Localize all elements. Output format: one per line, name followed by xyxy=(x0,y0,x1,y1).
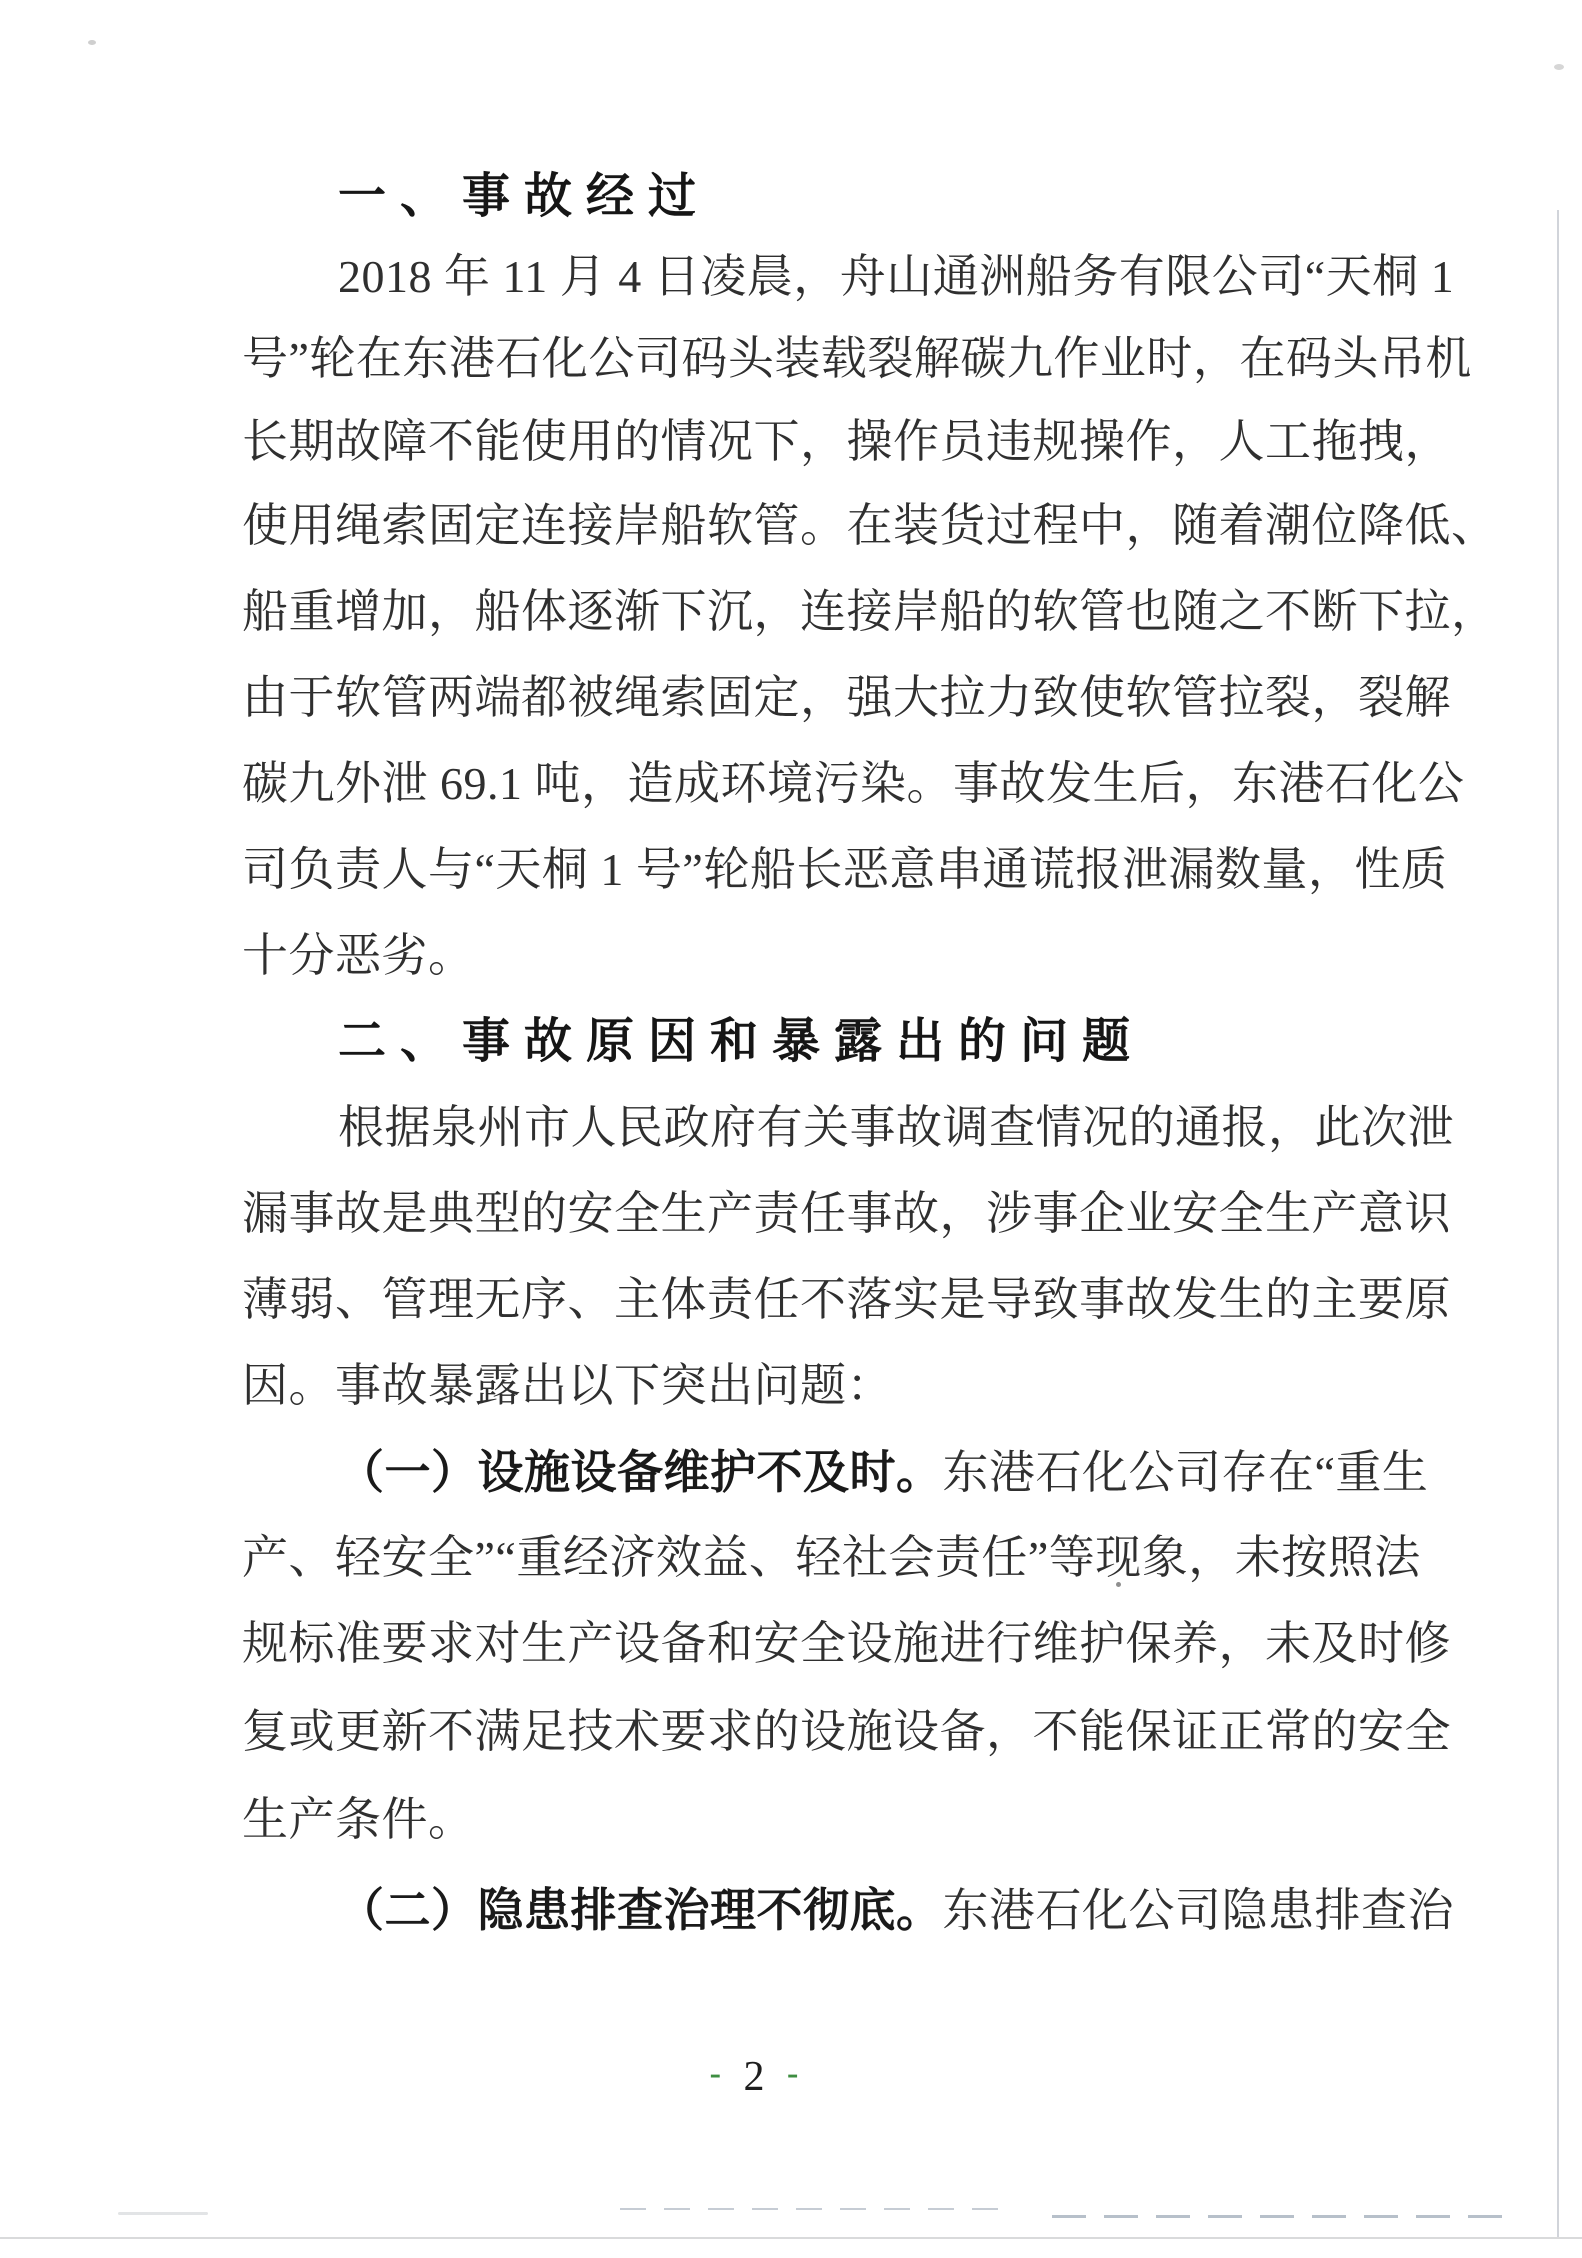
text-line: （二）隐患排查治理不彻底。东港石化公司隐患排查治 xyxy=(338,1885,1454,1936)
page-number-dash-left: - xyxy=(710,2055,727,2092)
text-block: 一、事故经过2018 年 11 月 4 日凌晨，舟山通洲船务有限公司“天桐 1号… xyxy=(0,0,1582,2258)
text-line: 司负责人与“天桐 1 号”轮船长恶意串通谎报泄漏数量，性质 xyxy=(242,845,1447,895)
text-line: 复或更新不满足技术要求的设施设备，不能保证正常的安全 xyxy=(242,1707,1451,1757)
line-text: 东港石化公司存在“重生 xyxy=(943,1447,1429,1498)
page-number: - 2 - xyxy=(642,2053,872,2101)
text-line: （一）设施设备维护不及时。东港石化公司存在“重生 xyxy=(338,1447,1428,1498)
page-number-value: 2 xyxy=(744,2054,771,2100)
text-line: 产、轻安全”“重经济效益、轻社会责任”等现象，未按照法 xyxy=(242,1533,1421,1583)
text-line: 由于软管两端都被绳索固定，强大拉力致使软管拉裂，裂解 xyxy=(242,673,1451,723)
page-number-dash-right: - xyxy=(787,2055,804,2092)
bold-lead: （二）隐患排查治理不彻底。 xyxy=(338,1884,943,1936)
text-line: 2018 年 11 月 4 日凌晨，舟山通洲船务有限公司“天桐 1 xyxy=(338,252,1454,302)
text-line: 长期故障不能使用的情况下，操作员违规操作，人工拖拽， xyxy=(242,417,1451,467)
text-line: 因。事故暴露出以下突出问题： xyxy=(242,1361,893,1411)
text-line: 根据泉州市人民政府有关事故调查情况的通报，此次泄 xyxy=(338,1103,1454,1153)
text-line: 号”轮在东港石化公司码头装载裂解碳九作业时，在码头吊机 xyxy=(242,334,1472,384)
line-text: 东港石化公司隐患排查治 xyxy=(943,1885,1455,1936)
document-page: 一、事故经过2018 年 11 月 4 日凌晨，舟山通洲船务有限公司“天桐 1号… xyxy=(0,0,1582,2258)
section-heading: 一、事故经过 xyxy=(338,172,710,222)
text-line: 漏事故是典型的安全生产责任事故，涉事企业安全生产意识 xyxy=(242,1189,1451,1239)
text-line: 船重增加，船体逐渐下沉，连接岸船的软管也随之不断下拉， xyxy=(242,587,1498,637)
section-heading: 二、事故原因和暴露出的问题 xyxy=(338,1017,1144,1067)
text-line: 使用绳索固定连接岸船软管。在装货过程中，随着潮位降低、 xyxy=(242,501,1498,551)
text-line: 生产条件。 xyxy=(242,1795,475,1845)
text-line: 十分恶劣。 xyxy=(242,931,475,981)
bold-lead: （一）设施设备维护不及时。 xyxy=(338,1446,943,1498)
text-line: 薄弱、管理无序、主体责任不落实是导致事故发生的主要原 xyxy=(242,1275,1451,1325)
text-line: 规标准要求对生产设备和安全设施进行维护保养，未及时修 xyxy=(242,1619,1451,1669)
text-line: 碳九外泄 69.1 吨，造成环境污染。事故发生后，东港石化公 xyxy=(242,759,1465,809)
